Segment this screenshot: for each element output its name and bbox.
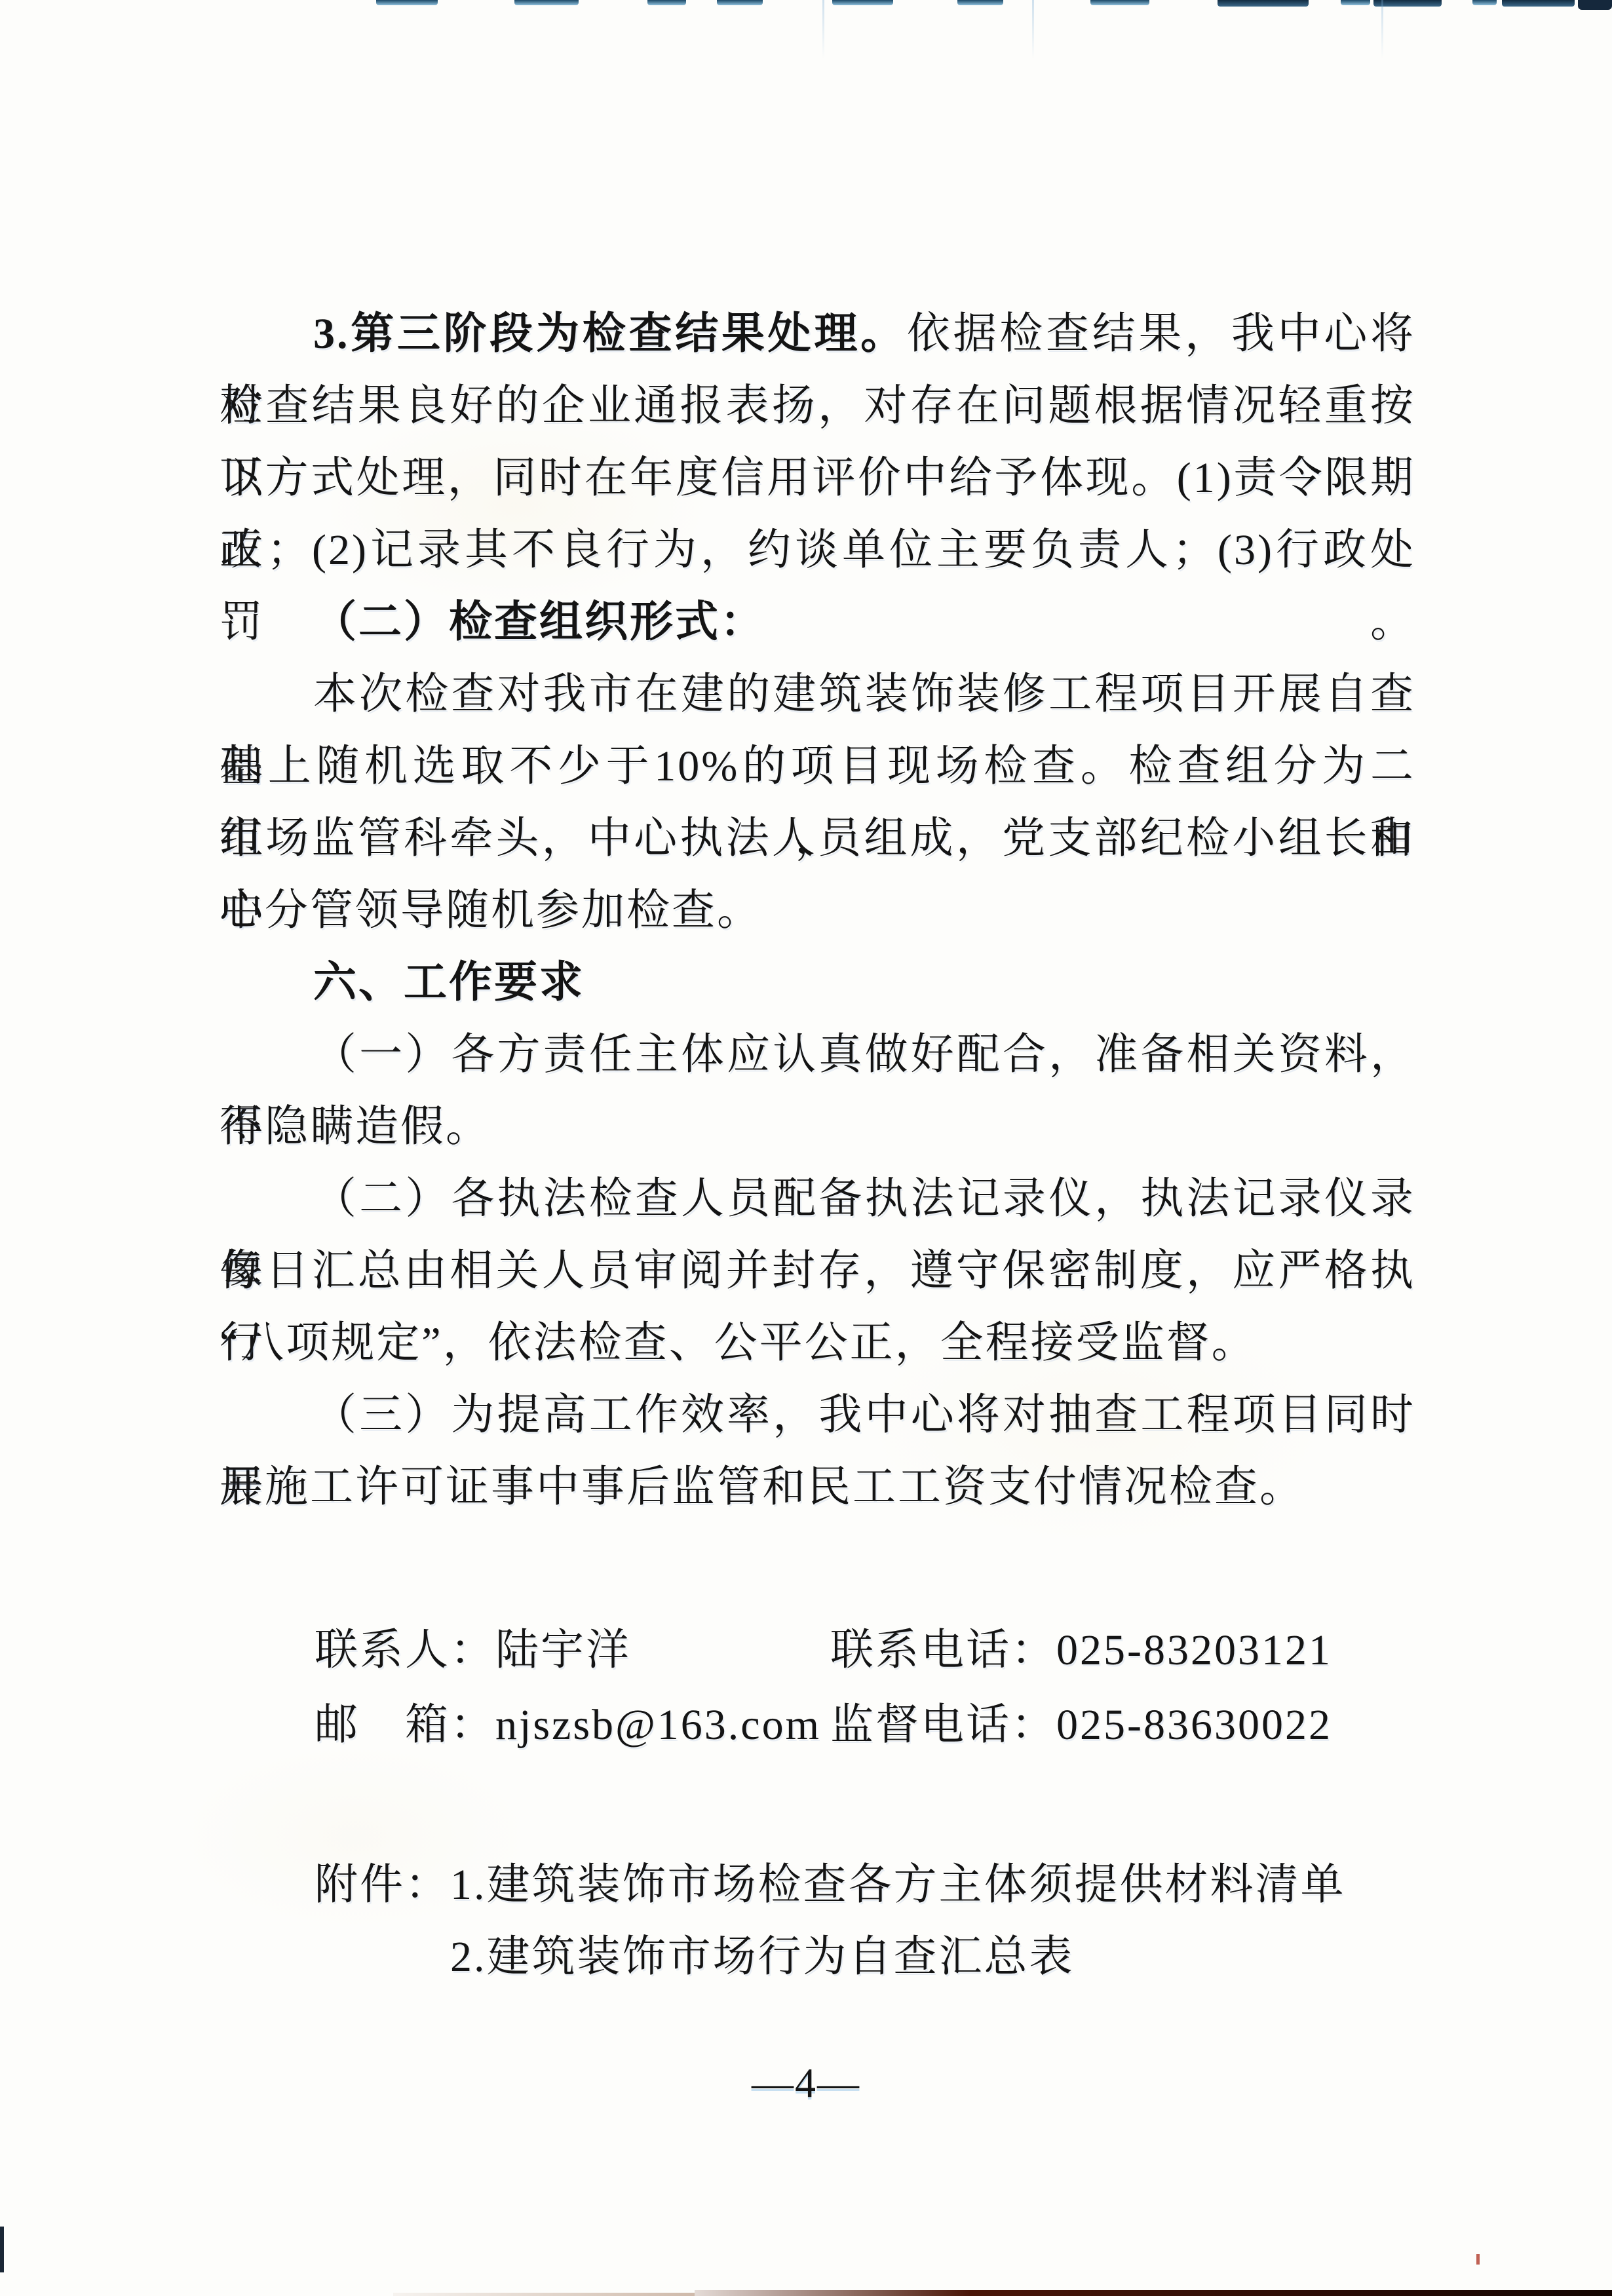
document-line: 3.第三阶段为检查结果处理。依据检查结果，我中心将对 xyxy=(220,298,1415,370)
document-line: 得隐瞒造假。 xyxy=(220,1091,1415,1163)
contact-row: 邮 箱：njszsb@163.com 监督电话：025-83630022 xyxy=(220,1688,1415,1763)
document-line: （二）各执法检查人员配备执法记录仪，执法记录仪录像 xyxy=(220,1163,1415,1235)
document-line: 心分管领导随机参加检查。 xyxy=(220,875,1415,947)
scan-dash xyxy=(1341,0,1370,5)
document-line: （一）各方责任主体应认真做好配合，准备相关资料，不 xyxy=(220,1019,1415,1091)
contact-person: 联系人：陆宇洋 xyxy=(315,1613,631,1688)
scan-streak xyxy=(1381,0,1383,59)
body-text: 得隐瞒造假。 xyxy=(220,1103,491,1151)
document-line: 本次检查对我市在建的建筑装饰装修工程项目开展自查基 xyxy=(220,659,1415,731)
scan-dash xyxy=(1472,0,1497,5)
scan-dash xyxy=(1090,0,1149,5)
scan-artifact-bottom-faint xyxy=(393,2293,695,2296)
contact-phone: 联系电话：025-83203121 xyxy=(830,1613,1332,1688)
document-line: 展施工许可证事中事后监管和民工工资支付情况检查。 xyxy=(220,1451,1415,1523)
contact-block: 联系人：陆宇洋 联系电话：025-83203121 邮 箱：njszsb@163… xyxy=(220,1613,1415,1763)
scan-artifact-left xyxy=(0,2227,4,2272)
scan-dash xyxy=(514,0,579,5)
contact-email: 邮 箱：njszsb@163.com xyxy=(315,1688,821,1763)
document-line: “八项规定”，依法检查、公平公正，全程接受监督。 xyxy=(220,1307,1415,1379)
document-line: （三）为提高工作效率，我中心将对抽查工程项目同时开 xyxy=(220,1379,1415,1451)
document-line: 检查结果良好的企业通报表扬，对存在问题根据情况轻重按以 xyxy=(220,370,1415,442)
scan-dash xyxy=(647,0,686,5)
scan-speck xyxy=(1476,2254,1480,2265)
scan-dash xyxy=(832,0,893,5)
scan-dash xyxy=(717,0,763,5)
document-line: 六、工作要求 xyxy=(220,947,1415,1019)
attachments-block: 附件：1.建筑装饰市场检查各方主体须提供材料清单 2.建筑装饰市场行为自查汇总表 xyxy=(220,1849,1415,1993)
scan-dash xyxy=(1218,0,1309,7)
heading-text: 3.第三阶段为检查结果处理。 xyxy=(313,310,907,358)
attachment-line: 附件：1.建筑装饰市场检查各方主体须提供材料清单 xyxy=(220,1849,1415,1921)
scan-dash xyxy=(957,0,1003,5)
body-text: 展施工许可证事中事后监管和民工工资支付情况检查。 xyxy=(220,1463,1305,1511)
contact-row: 联系人：陆宇洋 联系电话：025-83203121 xyxy=(220,1613,1415,1688)
scan-dash xyxy=(376,0,438,5)
heading-text: （二）检查组织形式： xyxy=(313,598,765,646)
supervision-phone: 监督电话：025-83630022 xyxy=(830,1688,1332,1763)
body-text: 心分管领导随机参加检查。 xyxy=(220,887,762,934)
scan-dash xyxy=(1373,0,1442,7)
scan-dash xyxy=(1502,0,1575,7)
document-line: 每日汇总由相关人员审阅并封存，遵守保密制度，应严格执行 xyxy=(220,1235,1415,1307)
page-number: —4— xyxy=(0,2059,1612,2107)
scan-dash xyxy=(1578,0,1612,10)
scan-streak xyxy=(822,0,824,59)
scan-streak xyxy=(1032,0,1034,59)
heading-text: 六、工作要求 xyxy=(313,959,585,1006)
document-line: 下方式处理，同时在年度信用评价中给予体现。(1)责令限期改 xyxy=(220,442,1415,514)
attachment-line: 2.建筑装饰市场行为自查汇总表 xyxy=(220,1921,1415,1993)
document-line: 正；(2)记录其不良行为，约谈单位主要负责人；(3)行政处罚。 xyxy=(220,514,1415,586)
scanned-document-page: 3.第三阶段为检查结果处理。依据检查结果，我中心将对检查结果良好的企业通报表扬，… xyxy=(0,0,1612,2296)
document-body: 3.第三阶段为检查结果处理。依据检查结果，我中心将对检查结果良好的企业通报表扬，… xyxy=(220,298,1415,1523)
body-text: “八项规定”，依法检查、公平公正，全程接受监督。 xyxy=(220,1319,1257,1367)
document-line: 市场监管科牵头，中心执法人员组成，党支部纪检小组长和中 xyxy=(220,803,1415,875)
scan-artifact-bottom xyxy=(695,2290,1612,2296)
document-line: 础上随机选取不少于10%的项目现场检查。检查组分为二组，由 xyxy=(220,731,1415,803)
